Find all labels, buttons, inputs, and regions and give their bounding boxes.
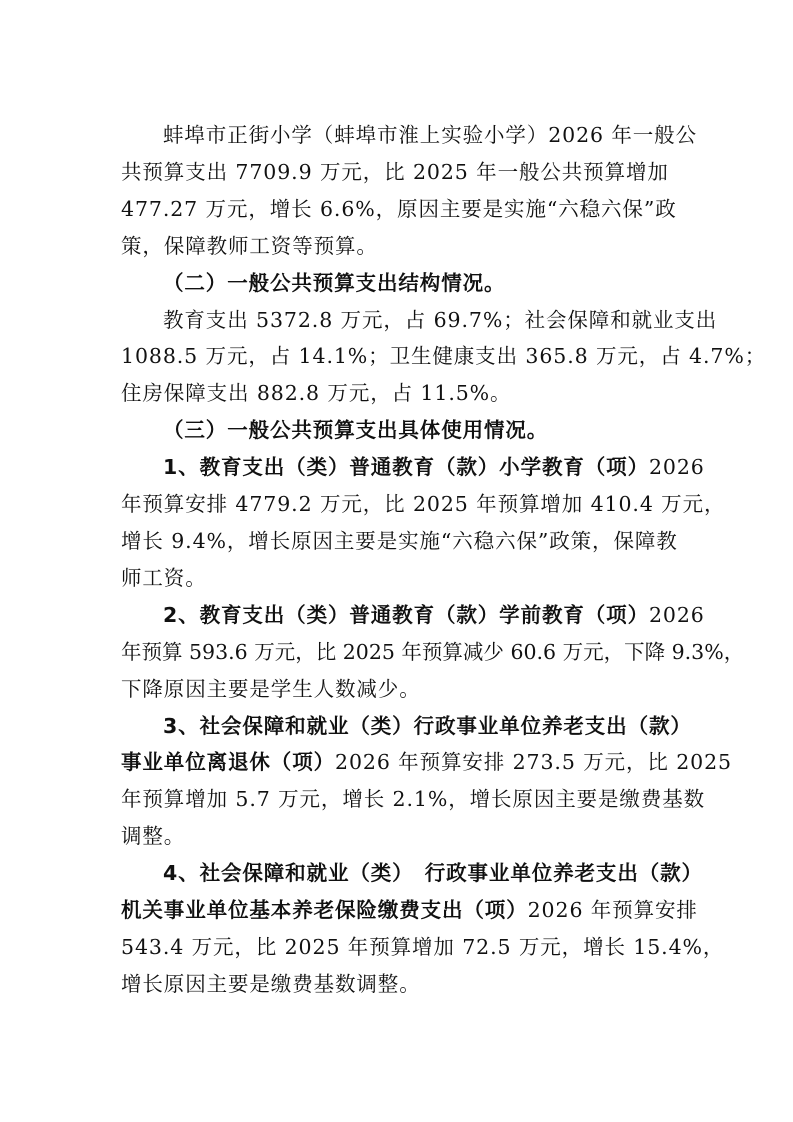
text-line: 477.27 万元，增长 6.6%，原因主要是实施“六稳六保”政: [121, 191, 681, 228]
item-lead: 1、教育支出（类）普通教育（款）小学教育（项）: [163, 455, 649, 479]
text-line: 年预算增加 5.7 万元，增长 2.1%，增长原因主要是缴费基数: [121, 781, 681, 818]
text-line: 调整。: [121, 818, 681, 855]
text-line: 543.4 万元，比 2025 年预算增加 72.5 万元，增长 15.4%，: [121, 929, 681, 966]
text-line: 师工资。: [121, 560, 681, 597]
item-text: 2026 年预算安排 273.5 万元，比 2025: [335, 750, 732, 774]
item-pension-insurance: 4、社会保障和就业（类） 行政事业单位养老支出（款） 机关事业单位基本养老保险缴…: [121, 855, 681, 1003]
section-heading-structure: （二）一般公共预算支出结构情况。: [121, 265, 681, 302]
text-line: 增长原因主要是缴费基数调整。: [121, 966, 681, 1003]
text-line: 共预算支出 7709.9 万元，比 2025 年一般公共预算增加: [121, 154, 681, 191]
text-line: 蚌埠市正街小学（蚌埠市淮上实验小学）2026 年一般公: [121, 117, 681, 154]
document-page: 蚌埠市正街小学（蚌埠市淮上实验小学）2026 年一般公 共预算支出 7709.9…: [121, 117, 681, 1003]
section-heading-usage: （三）一般公共预算支出具体使用情况。: [121, 412, 681, 449]
text-line: 增长 9.4%，增长原因主要是实施“六稳六保”政策，保障教: [121, 523, 681, 560]
text-line: 年预算 593.6 万元，比 2025 年预算减少 60.6 万元，下降 9.3…: [121, 634, 681, 671]
text-line: 年预算安排 4779.2 万元，比 2025 年预算增加 410.4 万元，: [121, 486, 681, 523]
item-lead-continued: 事业单位离退休（项）: [121, 750, 335, 774]
item-primary-education: 1、教育支出（类）普通教育（款）小学教育（项）2026 年预算安排 4779.2…: [121, 449, 681, 597]
paragraph-structure: 教育支出 5372.8 万元，占 69.7%；社会保障和就业支出 1088.5 …: [121, 302, 681, 413]
text-line: 1088.5 万元，占 14.1%；卫生健康支出 365.8 万元，占 4.7%…: [121, 338, 681, 375]
text-line: 策，保障教师工资等预算。: [121, 228, 681, 265]
item-text: 2026 年预算安排: [528, 898, 698, 922]
text-line: 2、教育支出（类）普通教育（款）学前教育（项）2026: [121, 597, 681, 634]
item-lead-continued: 机关事业单位基本养老保险缴费支出（项）: [121, 898, 528, 922]
text-line: 住房保障支出 882.8 万元，占 11.5%。: [121, 375, 681, 412]
item-text: 2026: [649, 455, 705, 479]
item-lead: 2、教育支出（类）普通教育（款）学前教育（项）: [163, 603, 649, 627]
text-line: 下降原因主要是学生人数减少。: [121, 671, 681, 708]
item-lead: 4、社会保障和就业（类） 行政事业单位养老支出（款）: [121, 855, 681, 892]
paragraph-summary: 蚌埠市正街小学（蚌埠市淮上实验小学）2026 年一般公 共预算支出 7709.9…: [121, 117, 681, 265]
text-line: 1、教育支出（类）普通教育（款）小学教育（项）2026: [121, 449, 681, 486]
item-retirement: 3、社会保障和就业（类）行政事业单位养老支出（款） 事业单位离退休（项）2026…: [121, 708, 681, 856]
item-preschool-education: 2、教育支出（类）普通教育（款）学前教育（项）2026 年预算 593.6 万元…: [121, 597, 681, 708]
text-line: 机关事业单位基本养老保险缴费支出（项）2026 年预算安排: [121, 892, 681, 929]
text-line: 教育支出 5372.8 万元，占 69.7%；社会保障和就业支出: [121, 302, 681, 339]
text-line: 事业单位离退休（项）2026 年预算安排 273.5 万元，比 2025: [121, 744, 681, 781]
item-text: 2026: [649, 603, 705, 627]
item-lead: 3、社会保障和就业（类）行政事业单位养老支出（款）: [121, 708, 681, 745]
